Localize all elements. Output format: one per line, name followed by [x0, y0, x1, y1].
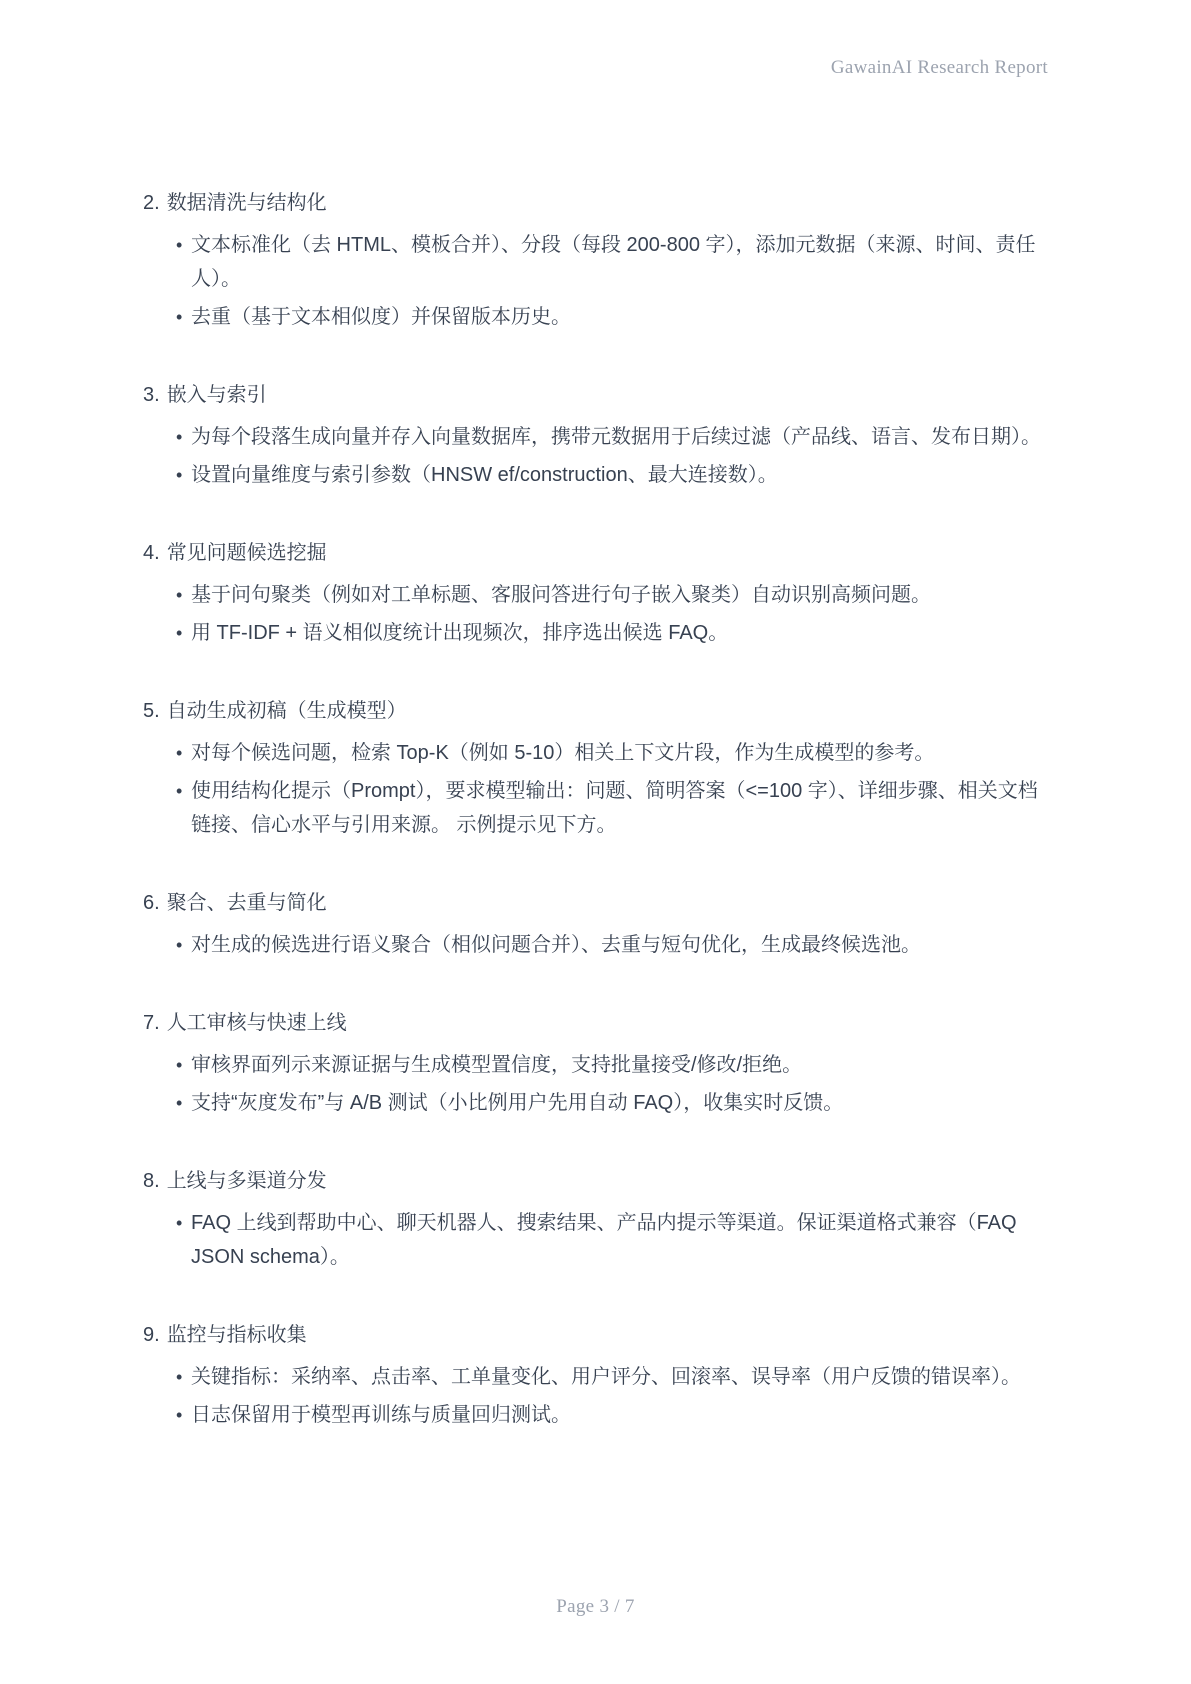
report-title: GawainAI Research Report — [831, 57, 1048, 78]
bullet-item: 对生成的候选进行语义聚合（相似问题合并）、去重与短句优化，生成最终候选池。 — [176, 928, 1049, 962]
bullet-item: 关键指标：采纳率、点击率、工单量变化、用户评分、回滚率、误导率（用户反馈的错误率… — [176, 1360, 1049, 1394]
section-heading: 8.上线与多渠道分发 — [143, 1164, 1049, 1198]
section-number: 9. — [143, 1324, 160, 1346]
section-heading: 2.数据清洗与结构化 — [143, 186, 1049, 220]
section: 6.聚合、去重与简化 对生成的候选进行语义聚合（相似问题合并）、去重与短句优化，… — [143, 886, 1049, 962]
bullet-item: 用 TF-IDF + 语义相似度统计出现频次，排序选出候选 FAQ。 — [176, 616, 1049, 650]
page-number: Page 3 / 7 — [556, 1596, 634, 1617]
bullet-item: 日志保留用于模型再训练与质量回归测试。 — [176, 1398, 1049, 1432]
bullet-item: 支持“灰度发布”与 A/B 测试（小比例用户先用自动 FAQ），收集实时反馈。 — [176, 1086, 1049, 1120]
bullet-item: 文本标准化（去 HTML、模板合并）、分段（每段 200-800 字），添加元数… — [176, 228, 1049, 296]
section: 2.数据清洗与结构化 文本标准化（去 HTML、模板合并）、分段（每段 200-… — [143, 186, 1049, 334]
section: 9.监控与指标收集 关键指标：采纳率、点击率、工单量变化、用户评分、回滚率、误导… — [143, 1318, 1049, 1432]
section-title: 聚合、去重与简化 — [167, 892, 327, 914]
bullet-list: FAQ 上线到帮助中心、聊天机器人、搜索结果、产品内提示等渠道。保证渠道格式兼容… — [143, 1206, 1049, 1274]
bullet-item: 设置向量维度与索引参数（HNSW ef/construction、最大连接数）。 — [176, 458, 1049, 492]
section: 8.上线与多渠道分发 FAQ 上线到帮助中心、聊天机器人、搜索结果、产品内提示等… — [143, 1164, 1049, 1274]
section-heading: 5.自动生成初稿（生成模型） — [143, 694, 1049, 728]
section-number: 7. — [143, 1012, 160, 1034]
section-number: 4. — [143, 542, 160, 564]
section-title: 数据清洗与结构化 — [167, 192, 327, 214]
bullet-list: 关键指标：采纳率、点击率、工单量变化、用户评分、回滚率、误导率（用户反馈的错误率… — [143, 1360, 1049, 1432]
bullet-item: 使用结构化提示（Prompt），要求模型输出：问题、简明答案（<=100 字）、… — [176, 774, 1049, 842]
section: 5.自动生成初稿（生成模型） 对每个候选问题，检索 Top-K（例如 5-10）… — [143, 694, 1049, 842]
page-footer: Page 3 / 7 — [0, 1596, 1191, 1618]
bullet-list: 对每个候选问题，检索 Top-K（例如 5-10）相关上下文片段，作为生成模型的… — [143, 736, 1049, 842]
bullet-list: 对生成的候选进行语义聚合（相似问题合并）、去重与短句优化，生成最终候选池。 — [143, 928, 1049, 962]
section-number: 6. — [143, 892, 160, 914]
bullet-list: 基于问句聚类（例如对工单标题、客服问答进行句子嵌入聚类）自动识别高频问题。用 T… — [143, 578, 1049, 650]
document-body: 2.数据清洗与结构化 文本标准化（去 HTML、模板合并）、分段（每段 200-… — [143, 186, 1049, 1436]
document-page: { "header": { "title": "GawainAI Researc… — [0, 0, 1191, 1684]
bullet-item: 基于问句聚类（例如对工单标题、客服问答进行句子嵌入聚类）自动识别高频问题。 — [176, 578, 1049, 612]
section-title: 人工审核与快速上线 — [167, 1012, 347, 1034]
section: 7.人工审核与快速上线 审核界面列示来源证据与生成模型置信度，支持批量接受/修改… — [143, 1006, 1049, 1120]
section: 3.嵌入与索引 为每个段落生成向量并存入向量数据库，携带元数据用于后续过滤（产品… — [143, 378, 1049, 492]
bullet-item: FAQ 上线到帮助中心、聊天机器人、搜索结果、产品内提示等渠道。保证渠道格式兼容… — [176, 1206, 1049, 1274]
section-title: 上线与多渠道分发 — [167, 1170, 327, 1192]
section: 4.常见问题候选挖掘 基于问句聚类（例如对工单标题、客服问答进行句子嵌入聚类）自… — [143, 536, 1049, 650]
section-heading: 9.监控与指标收集 — [143, 1318, 1049, 1352]
bullet-item: 对每个候选问题，检索 Top-K（例如 5-10）相关上下文片段，作为生成模型的… — [176, 736, 1049, 770]
section-number: 8. — [143, 1170, 160, 1192]
section-list: 2.数据清洗与结构化 文本标准化（去 HTML、模板合并）、分段（每段 200-… — [143, 186, 1049, 1432]
bullet-item: 为每个段落生成向量并存入向量数据库，携带元数据用于后续过滤（产品线、语言、发布日… — [176, 420, 1049, 454]
bullet-list: 文本标准化（去 HTML、模板合并）、分段（每段 200-800 字），添加元数… — [143, 228, 1049, 334]
section-title: 监控与指标收集 — [167, 1324, 307, 1346]
section-title: 嵌入与索引 — [167, 384, 267, 406]
page-header: GawainAI Research Report — [143, 56, 1048, 80]
section-title: 常见问题候选挖掘 — [167, 542, 327, 564]
bullet-list: 为每个段落生成向量并存入向量数据库，携带元数据用于后续过滤（产品线、语言、发布日… — [143, 420, 1049, 492]
section-heading: 3.嵌入与索引 — [143, 378, 1049, 412]
section-number: 5. — [143, 700, 160, 722]
section-title: 自动生成初稿（生成模型） — [167, 700, 407, 722]
section-number: 2. — [143, 192, 160, 214]
bullet-item: 审核界面列示来源证据与生成模型置信度，支持批量接受/修改/拒绝。 — [176, 1048, 1049, 1082]
section-heading: 6.聚合、去重与简化 — [143, 886, 1049, 920]
section-number: 3. — [143, 384, 160, 406]
section-heading: 4.常见问题候选挖掘 — [143, 536, 1049, 570]
bullet-item: 去重（基于文本相似度）并保留版本历史。 — [176, 300, 1049, 334]
section-heading: 7.人工审核与快速上线 — [143, 1006, 1049, 1040]
bullet-list: 审核界面列示来源证据与生成模型置信度，支持批量接受/修改/拒绝。支持“灰度发布”… — [143, 1048, 1049, 1120]
